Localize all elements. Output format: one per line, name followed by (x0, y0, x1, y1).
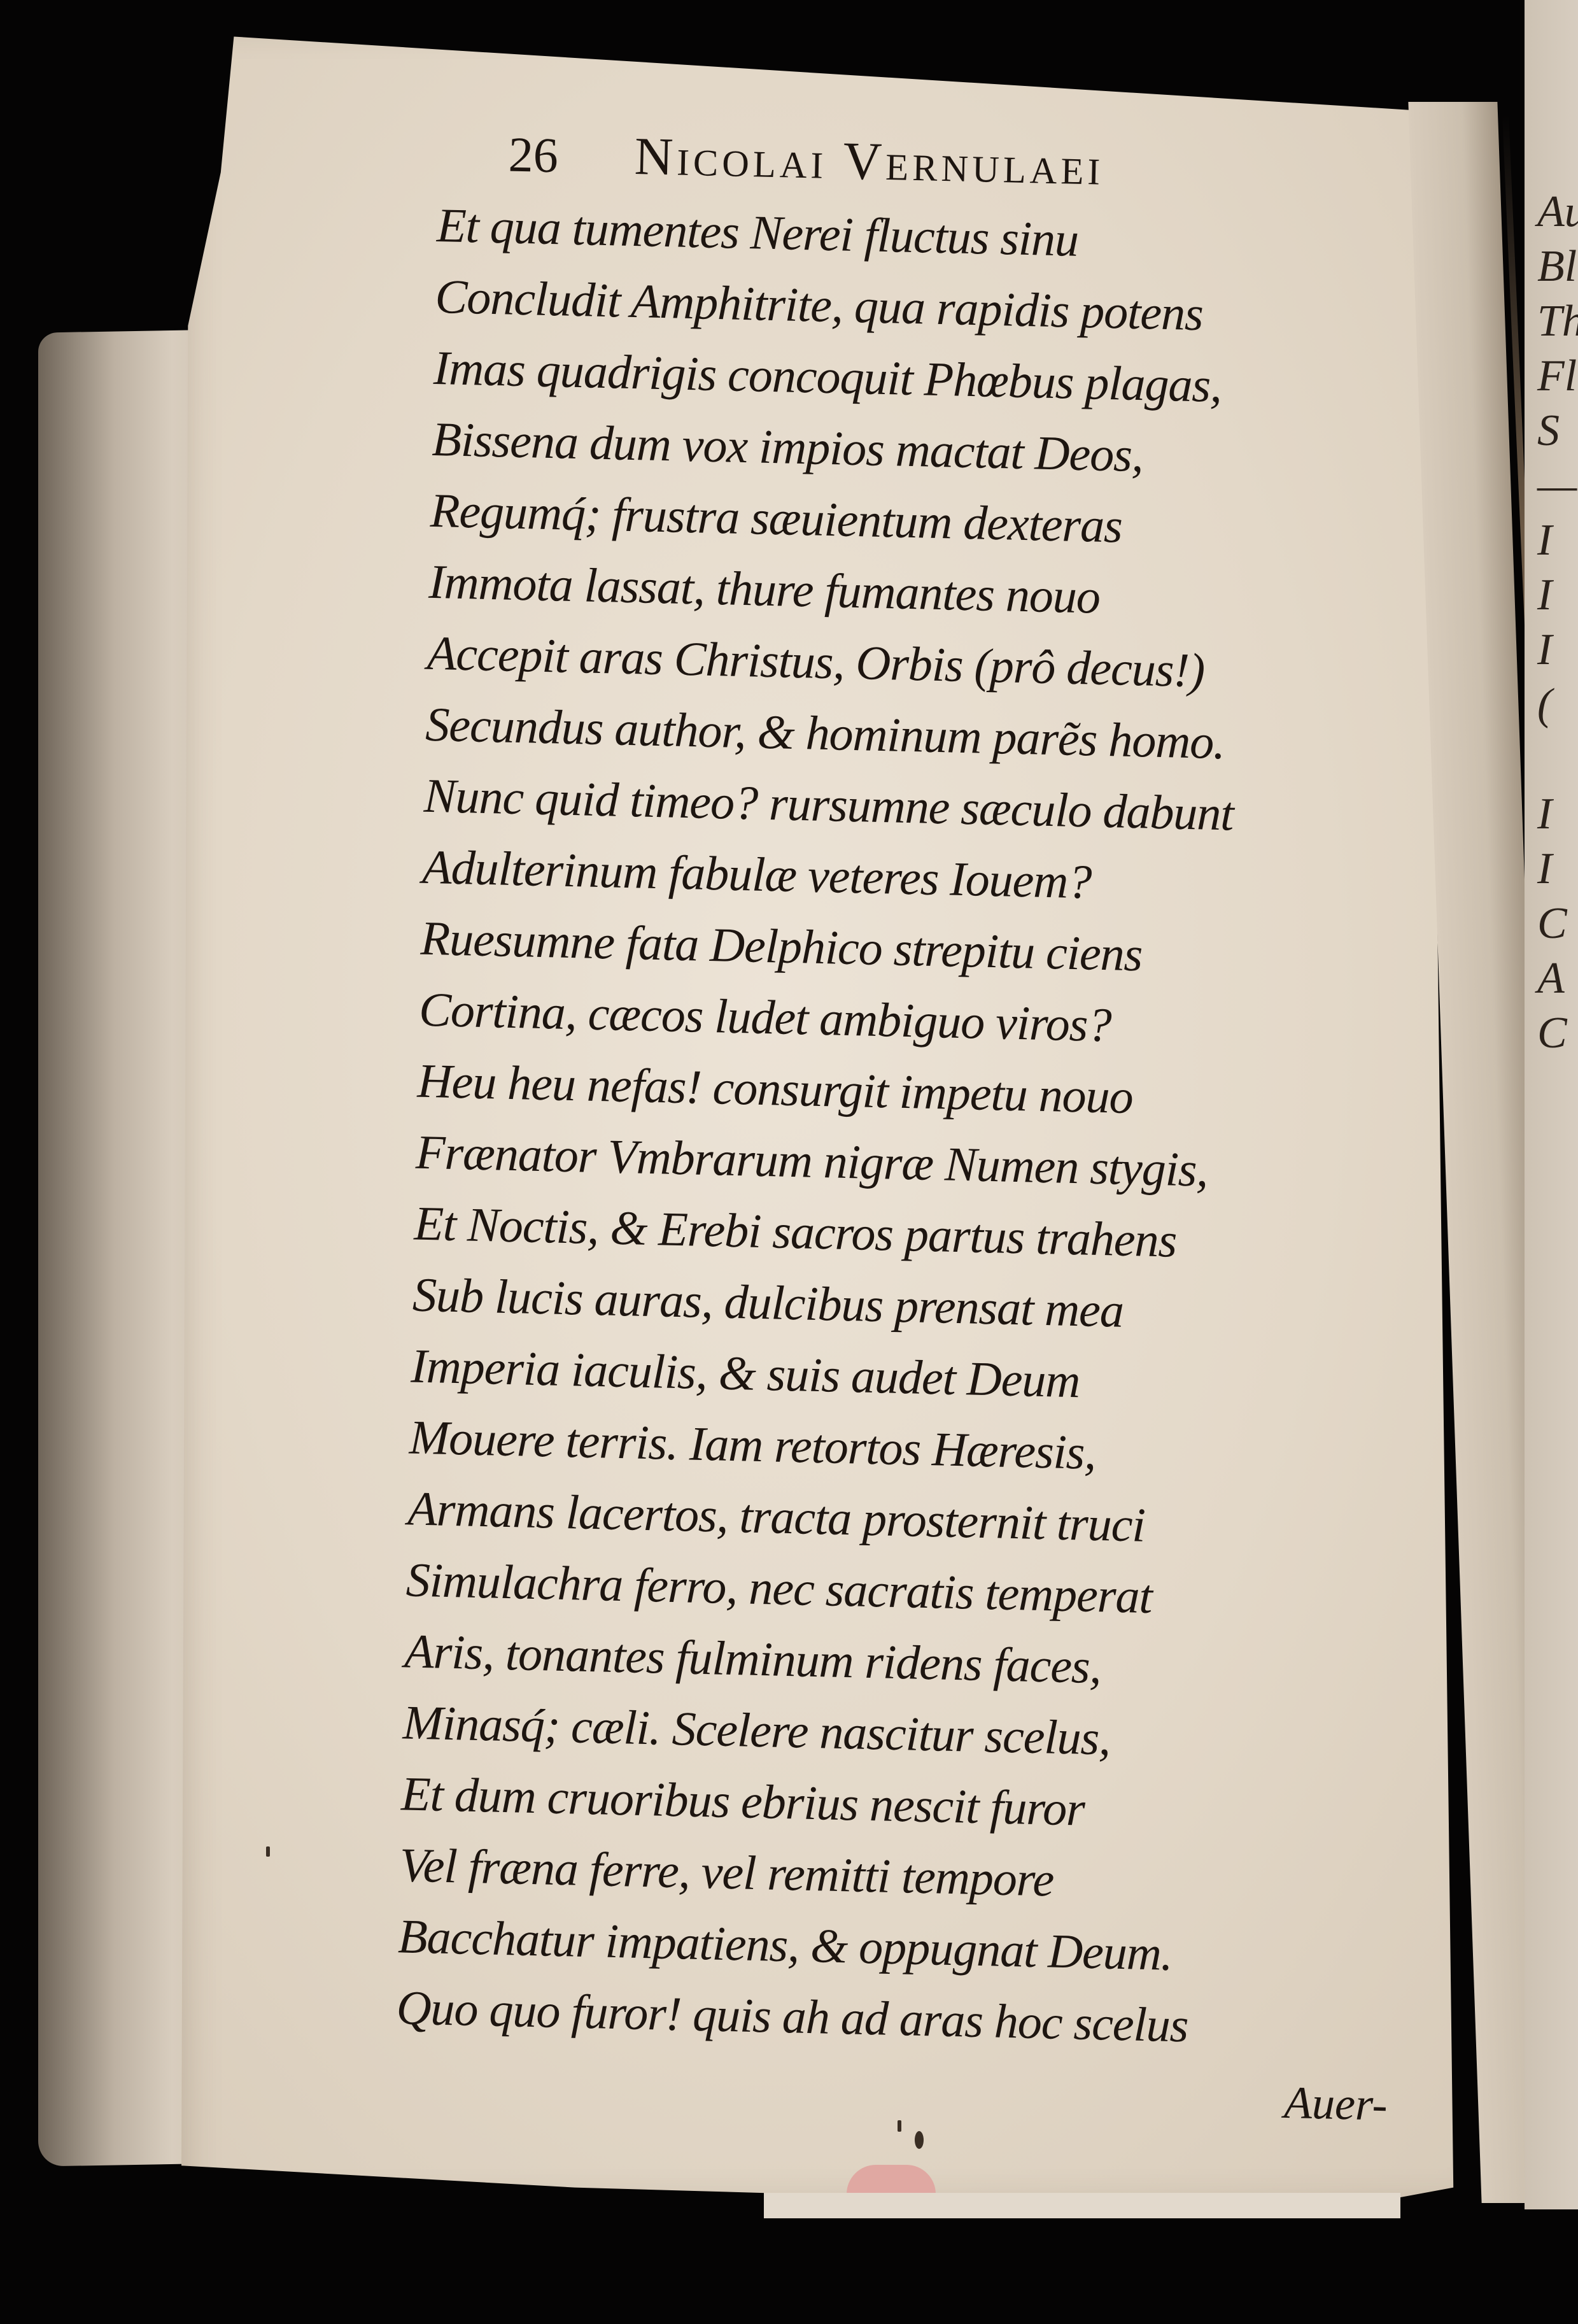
paper-speck (915, 2131, 924, 2149)
page-marker-tab (847, 2165, 936, 2194)
paper-speck (266, 1846, 270, 1857)
facing-page-initials: Au Bl Th Fl S — I I I ( I I C A C (1537, 185, 1578, 1061)
running-title: Nicolai Vernulaei (634, 125, 1105, 198)
page-text-block: 26 Nicolai Vernulaei Et qua tumentes Ner… (394, 121, 1457, 2132)
folio-number: 26 (508, 125, 559, 184)
page-bottom-edge (764, 2193, 1400, 2218)
paper-speck (898, 2120, 901, 2132)
